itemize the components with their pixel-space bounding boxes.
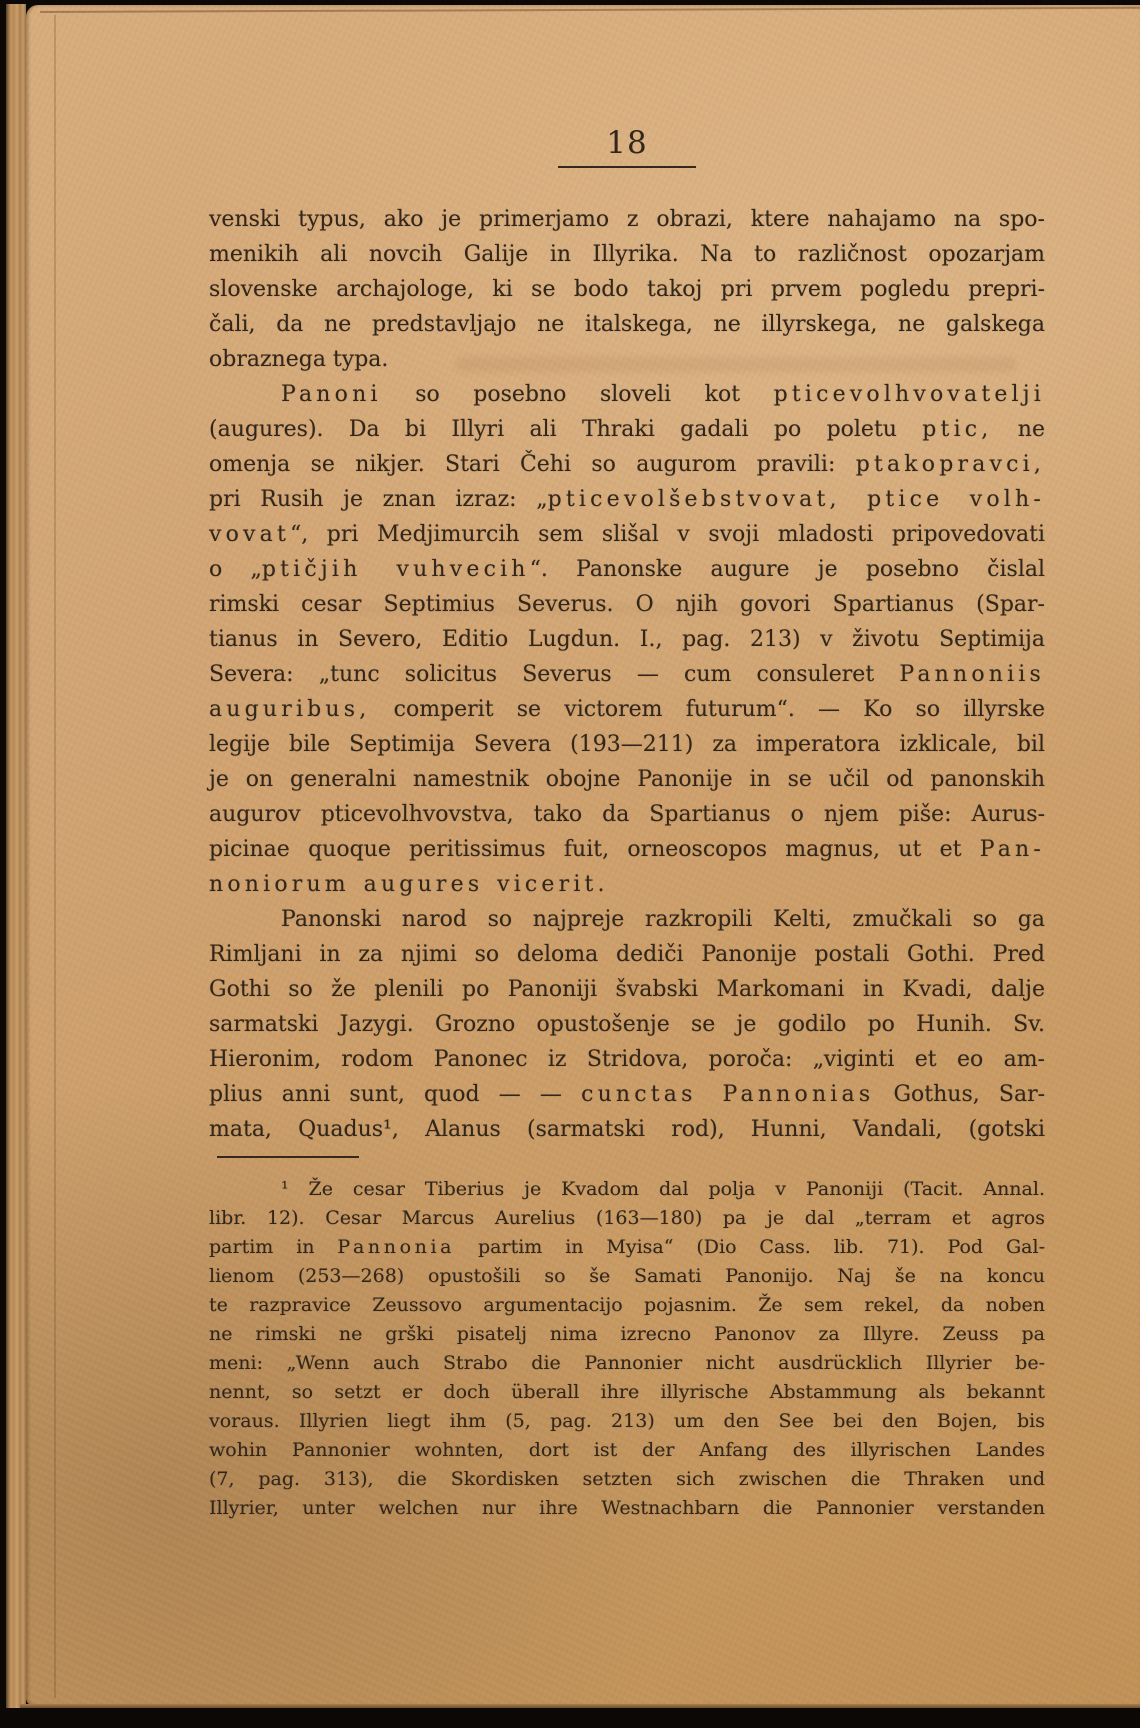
letterspaced-text: ptic, [922,417,992,442]
text-line: voraus. Illyrien liegt ihm (5, pag. 213)… [209,1407,1045,1436]
text-line: mata, Quadus¹, Alanus (sarmatski rod), H… [209,1112,1045,1147]
text-segment: te razpravice Zeussovo argumentacijo poj… [209,1294,1045,1316]
footnote-separator-rule [217,1156,359,1158]
text-segment: Gothi so že plenili po Panoniji švabski … [209,977,1045,1002]
text-line: libr. 12). Cesar Marcus Aurelius (163—18… [209,1204,1045,1233]
footnote-block: ¹ Že cesar Tiberius je Kvadom dal polja … [209,1175,1045,1523]
text-segment: rimski cesar Septimius Severus. O njih g… [209,592,1045,617]
text-line: wohin Pannonier wohnten, dort ist der An… [209,1436,1045,1465]
text-line: čali, da ne predstavljajo ne italskega, … [209,307,1045,342]
text-line: auguribus, comperit se victorem futurum“… [209,692,1045,727]
text-segment: picinae quoque peritissimus fuit, orneos… [209,837,980,862]
text-line: tianus in Severo, Editio Lugdun. I., pag… [209,622,1045,657]
scan-background-top-edge [0,0,1140,4]
text-line: rimski cesar Septimius Severus. O njih g… [209,587,1045,622]
text-segment: venski typus, ako je primerjamo z obrazi… [209,207,1045,232]
text-segment: o „ [209,557,262,582]
page-top-edge [40,7,1140,13]
text-line: pri Rusih je znan izraz: „pticevolšebstv… [209,482,1045,517]
text-line: Panoni so posebno sloveli kot pticevolhv… [209,377,1045,412]
text-segment: lienom (253—268) opustošili so še Samati… [209,1265,1045,1287]
text-segment: sarmatski Jazygi. Grozno opustošenje se … [209,1012,1045,1037]
letterspaced-text: ptakopravci, [856,452,1045,477]
text-segment: pri Rusih je znan izraz: „ [209,487,548,512]
book-page-paper: 18 venski typus, ako je primerjamo z obr… [26,5,1140,1706]
text-segment: obraznega typa. [209,347,388,372]
text-line: augurov pticevolhvovstva, tako da Sparti… [209,797,1045,832]
text-line: Panonski narod so najpreje razkropili Ke… [209,902,1045,937]
text-segment: čali, da ne predstavljajo ne italskega, … [209,312,1045,337]
text-segment: wohin Pannonier wohnten, dort ist der An… [209,1439,1045,1461]
text-line: plius anni sunt, quod — — cunctas Pannon… [209,1077,1045,1112]
letterspaced-text: auguribus, [209,697,370,722]
page-crease [54,15,56,1698]
text-line: picinae quoque peritissimus fuit, orneos… [209,832,1045,867]
text-line: sarmatski Jazygi. Grozno opustošenje se … [209,1007,1045,1042]
scan-background-left-edge [0,0,6,1728]
text-segment: ¹ Že cesar Tiberius je Kvadom dal polja … [281,1178,1045,1200]
text-segment: (7, pag. 313), die Skordisken setzten si… [209,1468,1045,1490]
text-line: venski typus, ako je primerjamo z obrazi… [209,202,1045,237]
text-line: je on generalni namestnik obojne Panonij… [209,762,1045,797]
main-text-block: venski typus, ako je primerjamo z obrazi… [209,202,1045,1147]
text-segment: omenja se nikjer. Stari Čehi so augurom … [209,452,856,477]
letterspaced-text: Pannonia [337,1236,455,1258]
text-line: Illyrier, unter welchen nur ihre Westnac… [209,1494,1045,1523]
letterspaced-text: vovat [209,522,290,547]
scanned-book-page: 18 venski typus, ako je primerjamo z obr… [0,0,1140,1728]
text-segment: legije bile Septimija Severa (193—211) z… [209,732,1045,757]
text-line: Gothi so že plenili po Panoniji švabski … [209,972,1045,1007]
text-segment: meni: „Wenn auch Strabo die Pannonier ni… [209,1352,1045,1374]
letterspaced-text: pticevolhvovatelji [774,382,1045,407]
text-line: legije bile Septimija Severa (193—211) z… [209,727,1045,762]
text-line: ne rimski ne grški pisatelj nima izrecno… [209,1320,1045,1349]
text-line: obraznega typa. [209,342,1045,377]
text-line: slovenske archajologe, ki se bodo takoj … [209,272,1045,307]
text-segment: voraus. Illyrien liegt ihm (5, pag. 213)… [209,1410,1045,1432]
text-line: te razpravice Zeussovo argumentacijo poj… [209,1291,1045,1320]
text-segment: je on generalni namestnik obojne Panonij… [209,767,1045,792]
text-line: partim in Pannonia partim in Myisa“ (Dio… [209,1233,1045,1262]
text-line: omenja se nikjer. Stari Čehi so augurom … [209,447,1045,482]
text-line: (augures). Da bi Illyri ali Thraki gadal… [209,412,1045,447]
text-segment: ne [992,417,1045,442]
page-number: 18 [209,125,1045,161]
text-segment: Illyrier, unter welchen nur ihre Westnac… [209,1497,1045,1519]
text-segment: Severa: „tunc solicitus Severus — cum co… [209,662,899,687]
letterspaced-text: Pannoniis [899,662,1045,687]
scan-background-bottom-edge [0,1708,1140,1728]
text-line: meni: „Wenn auch Strabo die Pannonier ni… [209,1349,1045,1378]
text-line: vovat“, pri Medjimurcih sem slišal v svo… [209,517,1045,552]
text-segment: mata, Quadus¹, Alanus (sarmatski rod), H… [209,1117,1045,1142]
text-segment: comperit se victorem futurum“. — Ko so i… [370,697,1045,722]
text-segment: libr. 12). Cesar Marcus Aurelius (163—18… [209,1207,1045,1229]
text-segment: Rimljani in za njimi so deloma dediči Pa… [209,942,1045,967]
text-segment: partim in [209,1236,337,1258]
text-line: Hieronim, rodom Panonec iz Stridova, por… [209,1042,1045,1077]
letterspaced-text: pticevolšebstvovat, ptice volh- [548,487,1045,512]
text-segment: nennt, so setzt er doch überall ihre ill… [209,1381,1045,1403]
letterspaced-text: Pan- [980,837,1045,862]
letterspaced-text: ptičjih vuhvecih [262,557,530,582]
text-line: Severa: „tunc solicitus Severus — cum co… [209,657,1045,692]
text-segment: Gothus, Sar- [874,1082,1045,1107]
text-segment: tianus in Severo, Editio Lugdun. I., pag… [209,627,1045,652]
text-line: Rimljani in za njimi so deloma dediči Pa… [209,937,1045,972]
text-segment: slovenske archajologe, ki se bodo takoj … [209,277,1045,302]
text-line: menikih ali novcih Galije in Illyrika. N… [209,237,1045,272]
letterspaced-text: Panoni [281,382,382,407]
text-segment: so posebno sloveli kot [382,382,774,407]
text-segment: augurov pticevolhvovstva, tako da Sparti… [209,802,1045,827]
text-line: ¹ Že cesar Tiberius je Kvadom dal polja … [209,1175,1045,1204]
text-line: lienom (253—268) opustošili so še Samati… [209,1262,1045,1291]
text-line: o „ptičjih vuhvecih“. Panonske augure je… [209,552,1045,587]
text-segment: “, pri Medjimurcih sem slišal v svoji ml… [290,522,1045,547]
text-segment: “. Panonske augure je posebno čislal [530,557,1045,582]
text-line: nennt, so setzt er doch überall ihre ill… [209,1378,1045,1407]
text-line: noniorum augures vicerit. [209,867,1045,902]
text-segment: Hieronim, rodom Panonec iz Stridova, por… [209,1047,1045,1072]
letterspaced-text: noniorum augures vicerit. [209,872,609,897]
text-segment: Panonski narod so najpreje razkropili Ke… [281,907,1045,932]
text-segment: partim in Myisa“ (Dio Cass. lib. 71). Po… [455,1236,1045,1258]
text-segment: menikih ali novcih Galije in Illyrika. N… [209,242,1045,267]
text-line: (7, pag. 313), die Skordisken setzten si… [209,1465,1045,1494]
page-header: 18 [209,125,1045,168]
letterspaced-text: cunctas Pannonias [581,1082,874,1107]
text-segment: plius anni sunt, quod — — [209,1082,581,1107]
text-segment: (augures). Da bi Illyri ali Thraki gadal… [209,417,922,442]
page-number-rule [558,166,696,168]
underlying-page-edges [5,0,26,1728]
text-segment: ne rimski ne grški pisatelj nima izrecno… [209,1323,1045,1345]
